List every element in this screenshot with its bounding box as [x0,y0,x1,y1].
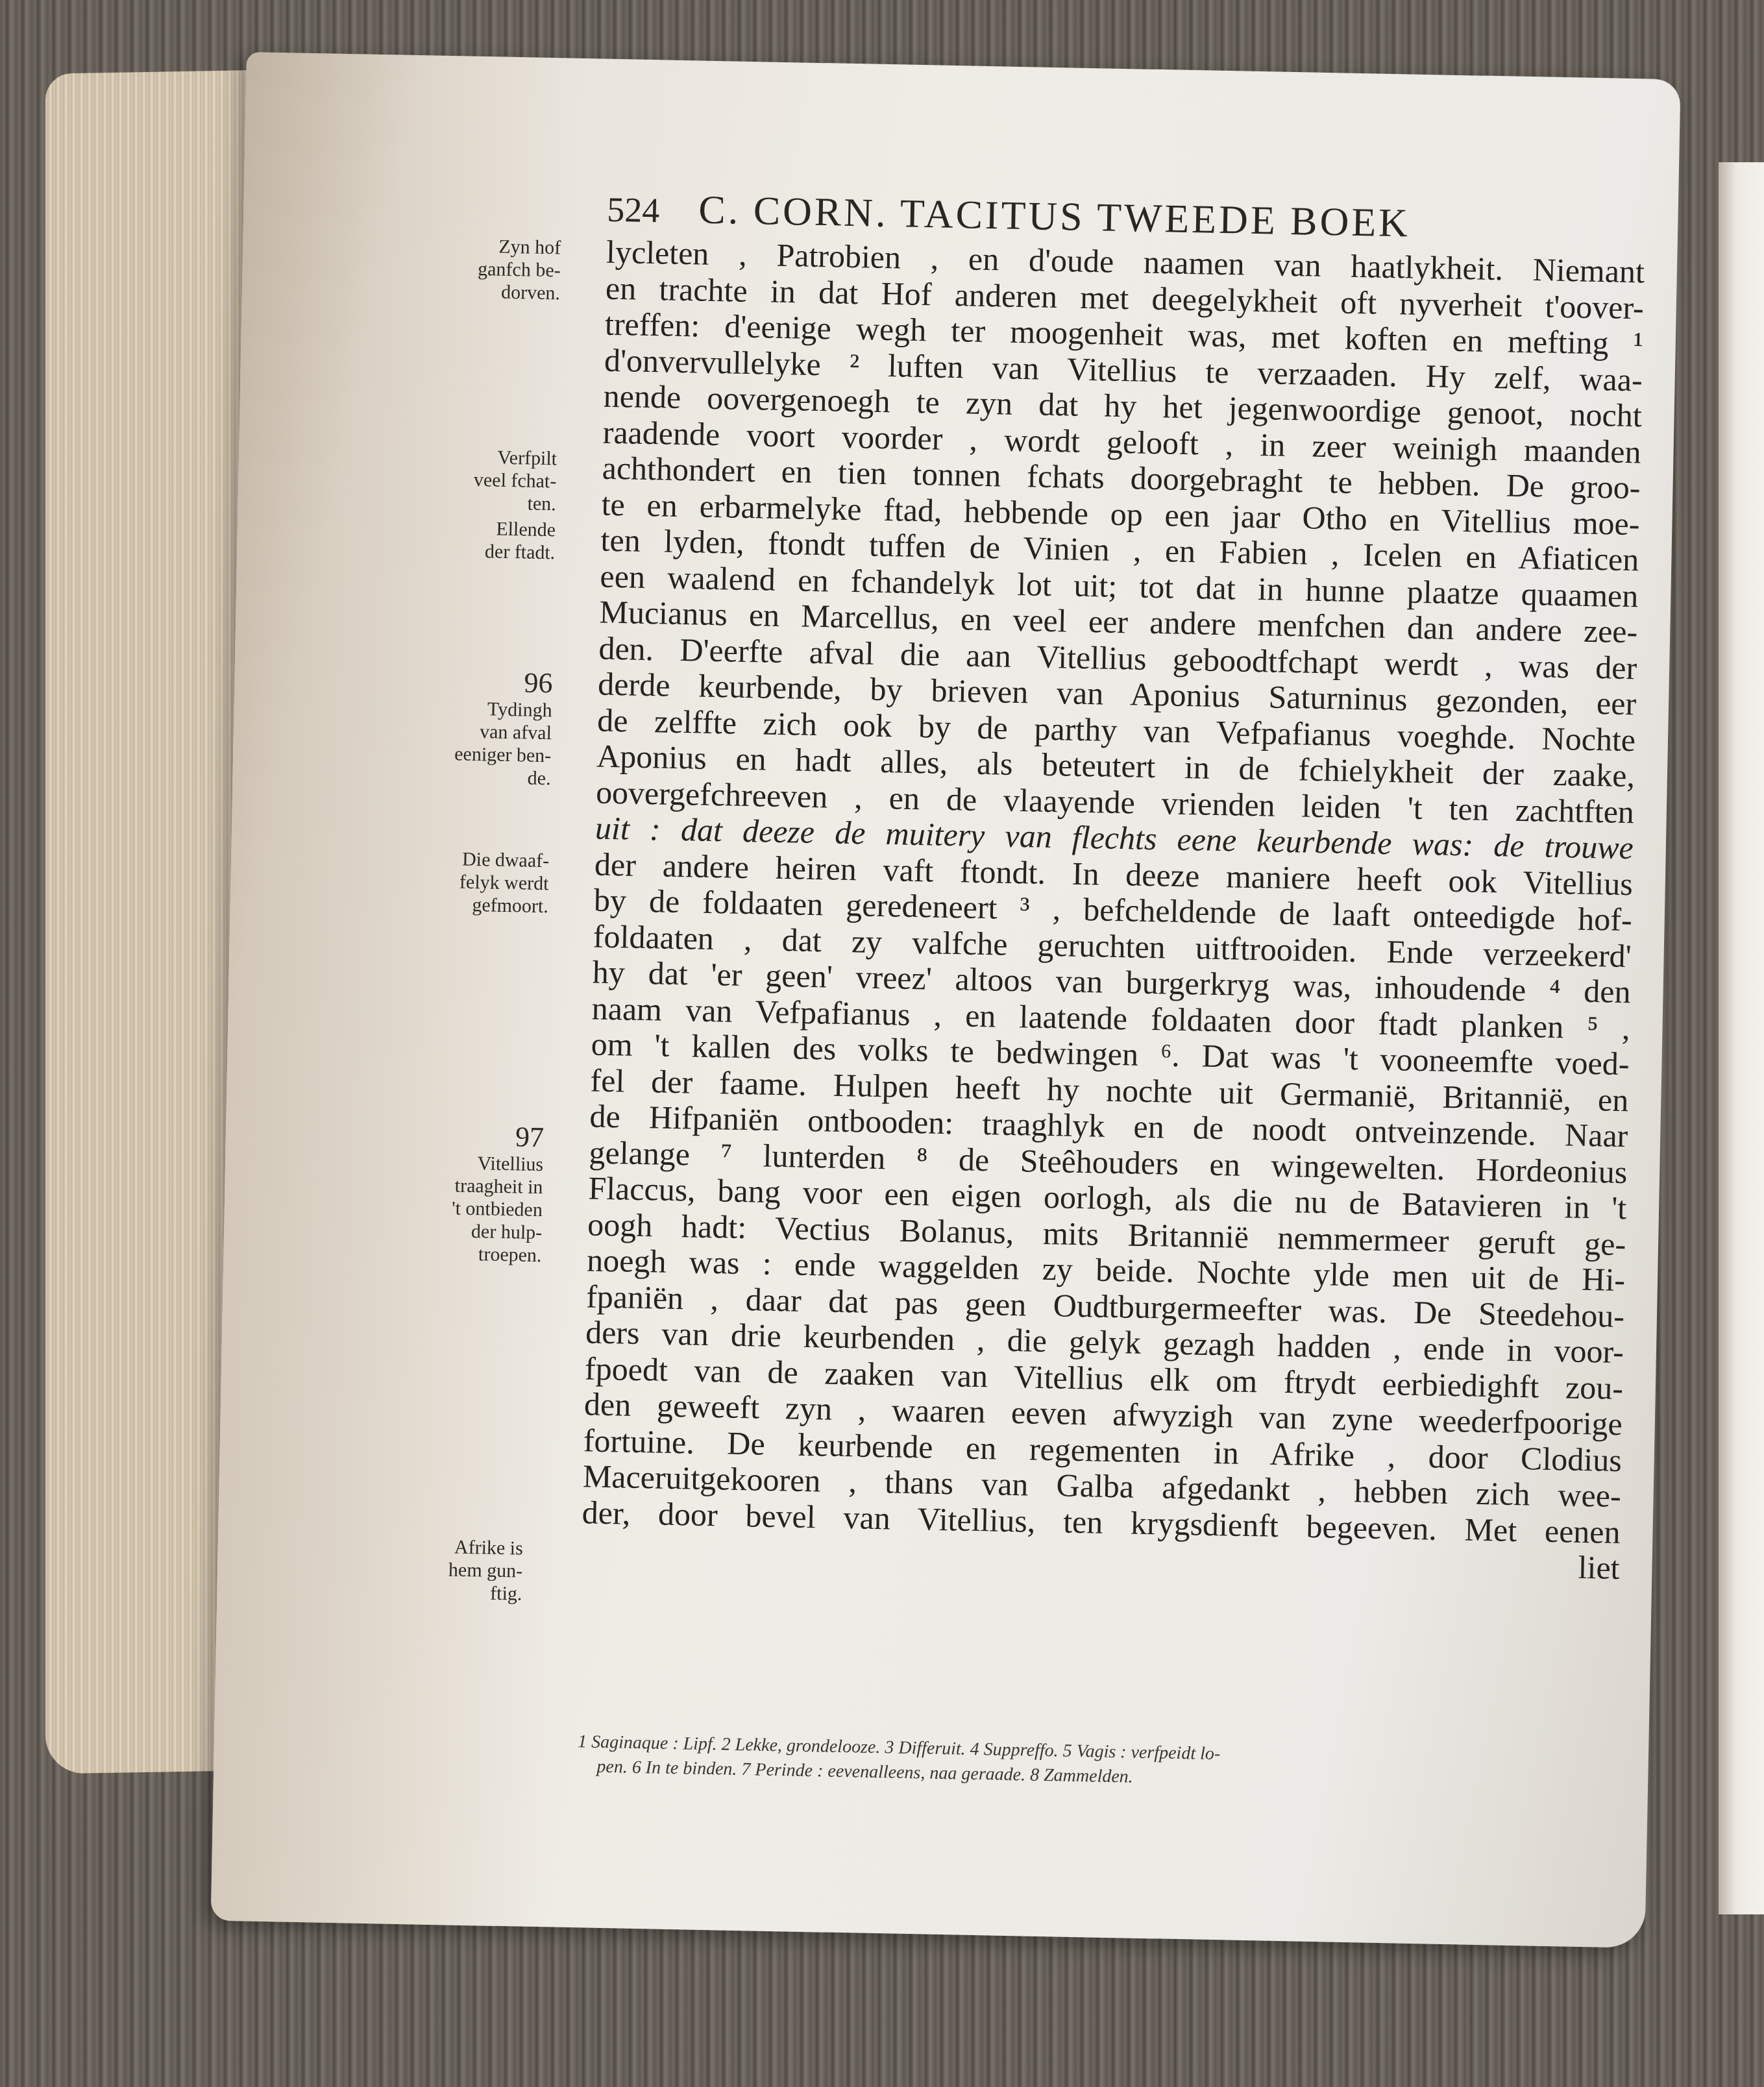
margin-note-text: Zyn hof ganfch be- dorven. [478,236,561,304]
footnotes: 1 Saginaque : Lipf. 2 Lekke, grondelooze… [577,1729,1616,1799]
margin-note-text: Afrike is hem gun- ftig. [448,1537,523,1605]
margin-note-text: Die dwaaf- felyk werdt gefmoort. [459,849,550,918]
margin-note: Verfpilt veel fchat- ten. [432,445,557,516]
page-number: 524 [607,189,660,231]
margin-note-text: Vitellius traagheit in 't ontbieden der … [452,1153,543,1266]
section-number: 97 [421,1119,545,1153]
book-page: 524 C. CORN. TACITUS TWEEDE BOEK Zyn hof… [211,52,1681,1948]
margin-note: Afrike is hem gun- ftig. [398,1535,523,1605]
body-text: lycleten , Patrobien , en d'oude naamen … [581,234,1645,1587]
margin-note: Die dwaaf- felyk werdt gefmoort. [425,848,550,918]
section-number: 96 [429,666,553,700]
facing-page-edge [1719,162,1764,1914]
margin-note-text: Tydingh van afval eeniger ben- de. [454,698,552,789]
margin-note: 96 Tydingh van afval eeniger ben- de. [427,666,553,790]
page-stain [211,52,584,1927]
margin-note: 97 Vitellius traagheit in 't ontbieden d… [418,1119,544,1267]
margin-note-text: Verfpilt veel fchat- ten. [474,447,557,515]
margin-note-text: Ellende der ftadt. [485,519,556,564]
margin-note: Ellende der ftadt. [432,517,556,565]
margin-note: Zyn hof ganfch be- dorven. [437,234,561,305]
